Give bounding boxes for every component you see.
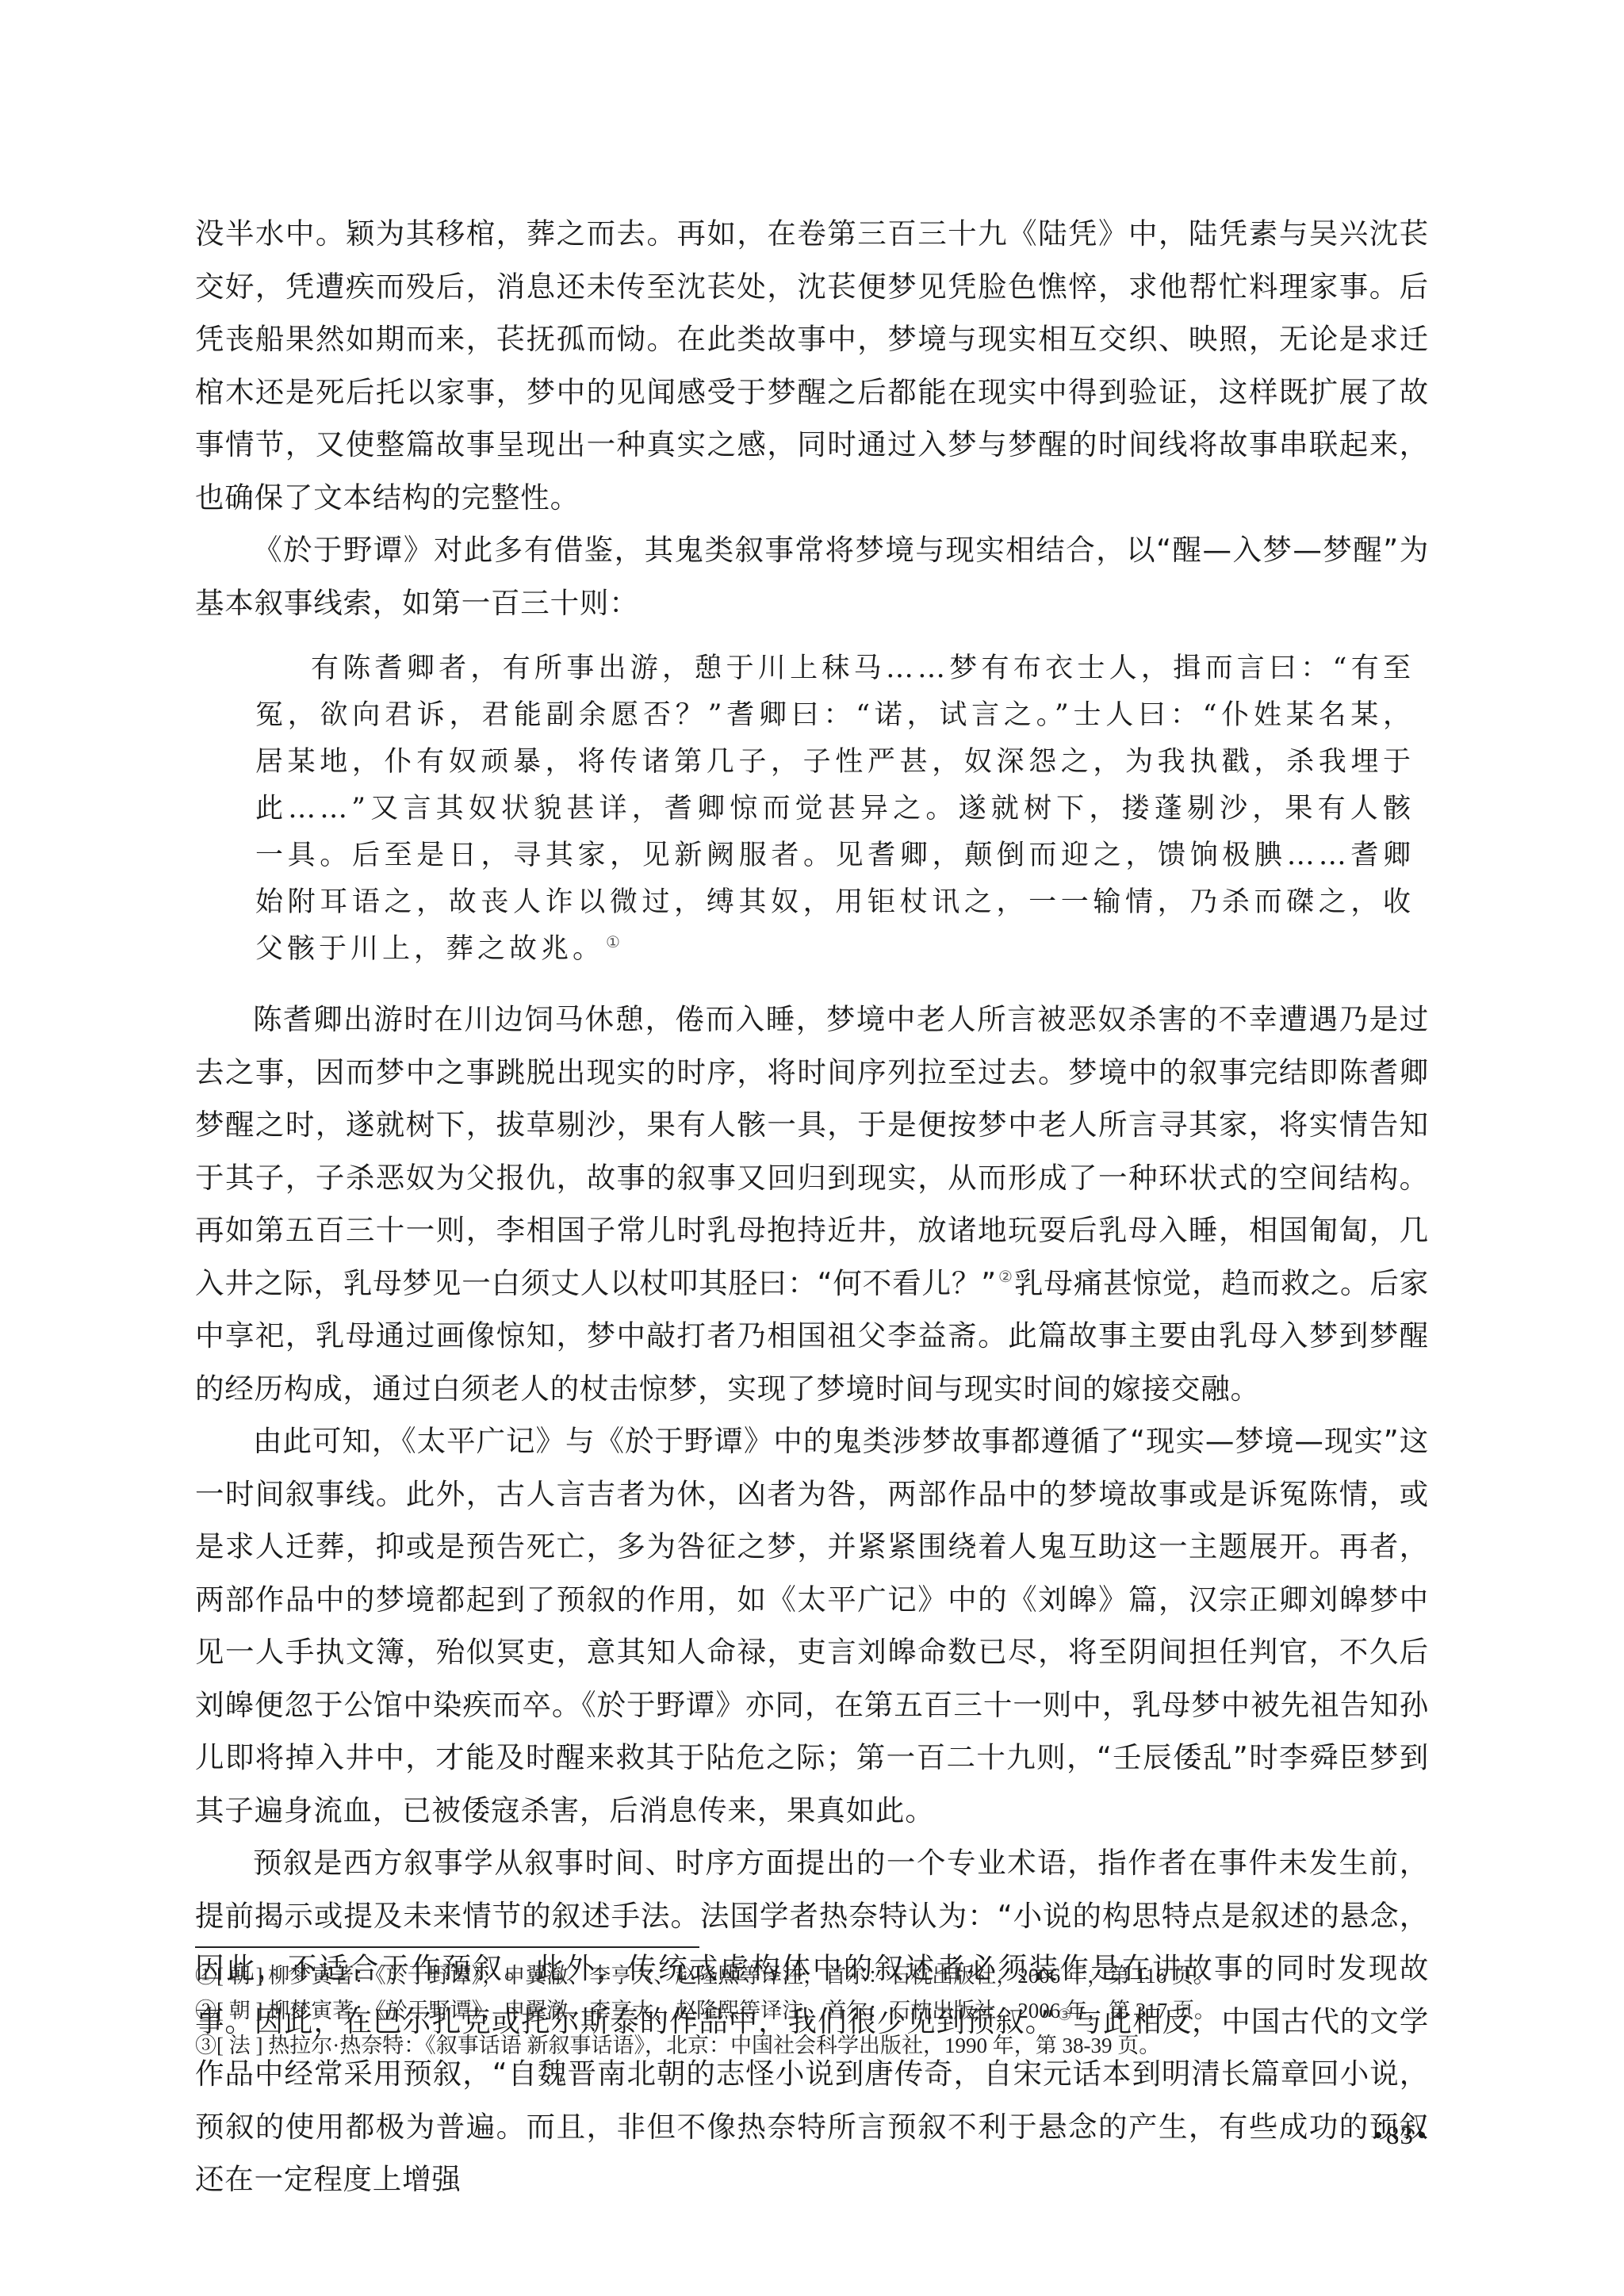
paragraph-4: 由此可知，《太平广记》与《於于野谭》中的鬼类涉梦故事都遵循了“现实—梦境—现实”… bbox=[195, 1415, 1429, 1837]
page-number: 83 bbox=[1370, 2122, 1430, 2151]
footnote-2: ②[ 朝 ] 柳梦寅著：《於于野谭》，申翼澈、李亨大、赵隆熙等译注，首尔：石枕出… bbox=[195, 1993, 1429, 2028]
block-quote-body: 有陈耆卿者，有所事出游，憩于川上秣马……梦有布衣士人，揖而言曰：“有至冤，欲向君… bbox=[255, 652, 1415, 965]
paragraph-1: 没半水中。颖为其移棺，葬之而去。再如，在卷第三百三十九《陆凭》中，陆凭素与吴兴沈… bbox=[195, 208, 1429, 524]
footnote-ref-2[interactable]: ② bbox=[998, 1267, 1013, 1286]
page-body: 没半水中。颖为其移棺，葬之而去。再如，在卷第三百三十九《陆凭》中，陆凭素与吴兴沈… bbox=[195, 208, 1429, 2206]
footnote-ref-1[interactable]: ① bbox=[606, 932, 620, 951]
footnote-divider bbox=[195, 1946, 699, 1948]
footnotes: ①[ 朝 ] 柳梦寅著：《於于野谭》，申翼澈、李亨大、赵隆熙等译注，首尔：石枕出… bbox=[195, 1958, 1429, 2063]
paragraph-3-part-1: 陈耆卿出游时在川边饲马休憩，倦而入睡，梦境中老人所言被恶奴杀害的不幸遭遇乃是过去… bbox=[195, 1002, 1429, 1300]
block-quote-text: 有陈耆卿者，有所事出游，憩于川上秣马……梦有布衣士人，揖而言曰：“有至冤，欲向君… bbox=[255, 645, 1415, 973]
footnote-3: ③[ 法 ] 热拉尔·热奈特：《叙事话语 新叙事话语》，北京：中国社会科学出版社… bbox=[195, 2028, 1429, 2063]
footnote-marker-2: ② bbox=[195, 1999, 216, 2022]
page-number-value: 83 bbox=[1386, 2122, 1414, 2150]
paragraph-4-text: 由此可知，《太平广记》与《於于野谭》中的鬼类涉梦故事都遵循了“现实—梦境—现实”… bbox=[195, 1424, 1429, 1827]
paragraph-3: 陈耆卿出游时在川边饲马休憩，倦而入睡，梦境中老人所言被恶奴杀害的不幸遭遇乃是过去… bbox=[195, 993, 1429, 1415]
footnote-text-2: [ 朝 ] 柳梦寅著：《於于野谭》，申翼澈、李亨大、赵隆熙等译注，首尔：石枕出版… bbox=[216, 1999, 1216, 2022]
footnote-text-1: [ 朝 ] 柳梦寅著：《於于野谭》，申翼澈、李亨大、赵隆熙等译注，首尔：石枕出版… bbox=[216, 1964, 1215, 1988]
footnote-1: ①[ 朝 ] 柳梦寅著：《於于野谭》，申翼澈、李亨大、赵隆熙等译注，首尔：石枕出… bbox=[195, 1958, 1429, 1993]
footnote-text-3: [ 法 ] 热拉尔·热奈特：《叙事话语 新叙事话语》，北京：中国社会科学出版社，… bbox=[216, 2034, 1160, 2057]
footnote-marker-3: ③ bbox=[195, 2034, 216, 2057]
block-quote: 有陈耆卿者，有所事出游，憩于川上秣马……梦有布衣士人，揖而言曰：“有至冤，欲向君… bbox=[195, 645, 1429, 973]
bullet-dot-icon bbox=[1419, 2132, 1425, 2138]
footnote-marker-1: ① bbox=[195, 1964, 216, 1988]
bullet-dot-icon bbox=[1375, 2132, 1381, 2138]
paragraph-2: 《於于野谭》对此多有借鉴，其鬼类叙事常将梦境与现实相结合，以“醒—入梦—梦醒”为… bbox=[195, 524, 1429, 629]
